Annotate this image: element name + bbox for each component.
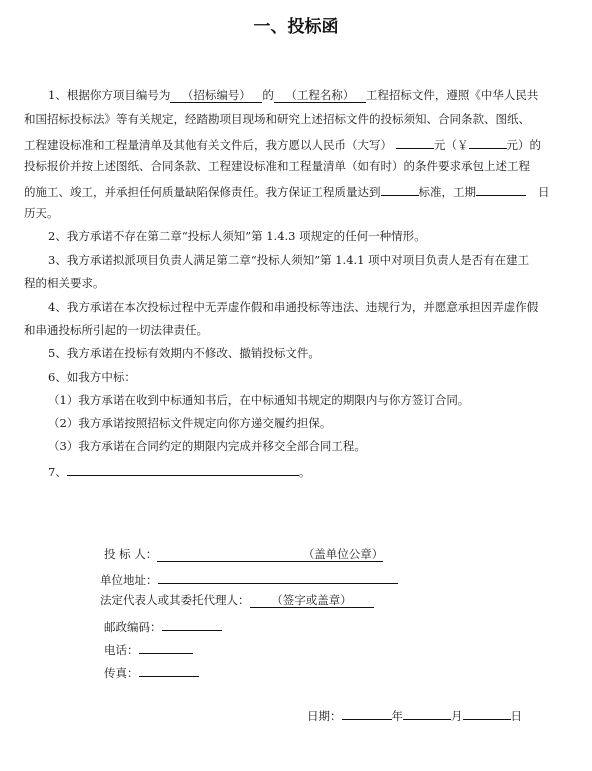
text: 元（￥ [434, 138, 469, 152]
text: 工程建设标准和工程量清单及其他有关文件后，我方愿以人民币（大写） [24, 138, 392, 152]
postcode-field[interactable] [162, 616, 222, 631]
year-label: 年 [392, 709, 404, 723]
para-6: 6、如我方中标： [48, 369, 136, 385]
address-row: 单位地址： [100, 569, 398, 588]
para-1-line-4: 投标报价并按上述图纸、合同条款、工程建设标准和工程量清单（如有时）的条件要求承包… [24, 158, 530, 174]
quality-standard-field[interactable] [381, 181, 419, 196]
text: 标准，工期 [419, 185, 477, 199]
phone-row: 电话： [104, 639, 193, 658]
address-label: 单位地址： [100, 573, 158, 587]
representative-row: 法定代表人或其委托代理人：（签字或盖章） [100, 592, 374, 608]
postcode-row: 邮政编码： [104, 616, 222, 635]
para-5: 5、我方承诺在投标有效期内不修改、撤销投标文件。 [48, 345, 320, 361]
text: 。 [299, 465, 311, 479]
amount-figures-field[interactable] [469, 134, 507, 149]
bidder-label: 投 标 人： [104, 547, 157, 561]
para-4-line-2: 和串通投标所引起的一切法律责任。 [24, 322, 208, 338]
sign-note: （签字或盖章） [271, 593, 352, 607]
phone-field[interactable] [139, 639, 193, 654]
bidder-row: 投 标 人：（盖单位公章） [104, 546, 383, 562]
bidder-field[interactable]: （盖单位公章） [157, 547, 383, 562]
para-1-mid: 工程招标文件，遵照《中华人民共 [366, 88, 539, 102]
fax-label: 传真： [104, 666, 139, 680]
para-1-prefix: 1、根据你方项目编号为 [48, 88, 170, 102]
item-7-field[interactable] [67, 461, 299, 476]
text: 日 [538, 185, 550, 199]
day-label: 日 [511, 709, 523, 723]
phone-label: 电话： [104, 643, 139, 657]
para-2: 2、我方承诺不存在第二章“投标人须知”第 1.4.3 项规定的任何一种情形。 [48, 228, 426, 244]
para-6-item-1: （1）我方承诺在收到中标通知书后，在中标通知书规定的期限内与你方签订合同。 [48, 392, 469, 408]
para-6-item-3: （3）我方承诺在合同约定的期限内完成并移交全部合同工程。 [48, 438, 366, 454]
page-title: 一、投标函 [0, 12, 592, 37]
para-6-item-2: （2）我方承诺按照招标文件规定向你方递交履约担保。 [48, 415, 331, 431]
para-7: 7、。 [48, 461, 310, 480]
para-1-of: 的 [262, 88, 274, 102]
para-1-line-1: 1、根据你方项目编号为（招标编号）的（工程名称）工程招标文件，遵照《中华人民共 [48, 87, 538, 103]
fax-row: 传真： [104, 662, 199, 681]
date-row: 日期：年月日 [307, 705, 522, 724]
seal-note: （盖单位公章） [303, 547, 384, 561]
para-1-line-5: 的施工、竣工，并承担任何质量缺陷保修责任。我方保证工程质量达到标准，工期日 [24, 181, 550, 200]
address-field[interactable] [158, 569, 398, 584]
postcode-label: 邮政编码： [104, 620, 162, 634]
amount-words-field[interactable] [396, 134, 434, 149]
text: 7、 [48, 465, 67, 479]
representative-label: 法定代表人或其委托代理人： [100, 593, 250, 607]
month-field[interactable] [403, 705, 451, 720]
year-field[interactable] [342, 705, 392, 720]
para-1-line-3: 工程建设标准和工程量清单及其他有关文件后，我方愿以人民币（大写）元（￥元）的 [24, 134, 541, 153]
duration-field[interactable] [476, 181, 526, 196]
representative-field[interactable]: （签字或盖章） [250, 593, 374, 608]
text: 的施工、竣工，并承担任何质量缺陷保修责任。我方保证工程质量达到 [24, 185, 381, 199]
bid-number-field[interactable]: （招标编号） [170, 88, 262, 103]
date-label: 日期： [307, 709, 342, 723]
day-field[interactable] [463, 705, 511, 720]
month-label: 月 [451, 709, 463, 723]
text: 元）的 [507, 138, 542, 152]
para-1-line-6: 历天。 [24, 205, 59, 221]
para-4-line-1: 4、我方承诺在本次投标过程中无弄虚作假和串通投标等违法、违规行为，并愿意承担因弄… [48, 299, 538, 315]
fax-field[interactable] [139, 662, 199, 677]
para-3-line-2: 程的相关要求。 [24, 275, 105, 291]
para-3-line-1: 3、我方承诺拟派项目负责人满足第二章“投标人须知”第 1.4.1 项中对项目负责… [48, 252, 529, 268]
project-name-field[interactable]: （工程名称） [274, 88, 366, 103]
para-1-line-2: 和国招标投标法》等有关规定，经踏勘项目现场和研究上述招标文件的投标须知、合同条款… [24, 111, 530, 127]
